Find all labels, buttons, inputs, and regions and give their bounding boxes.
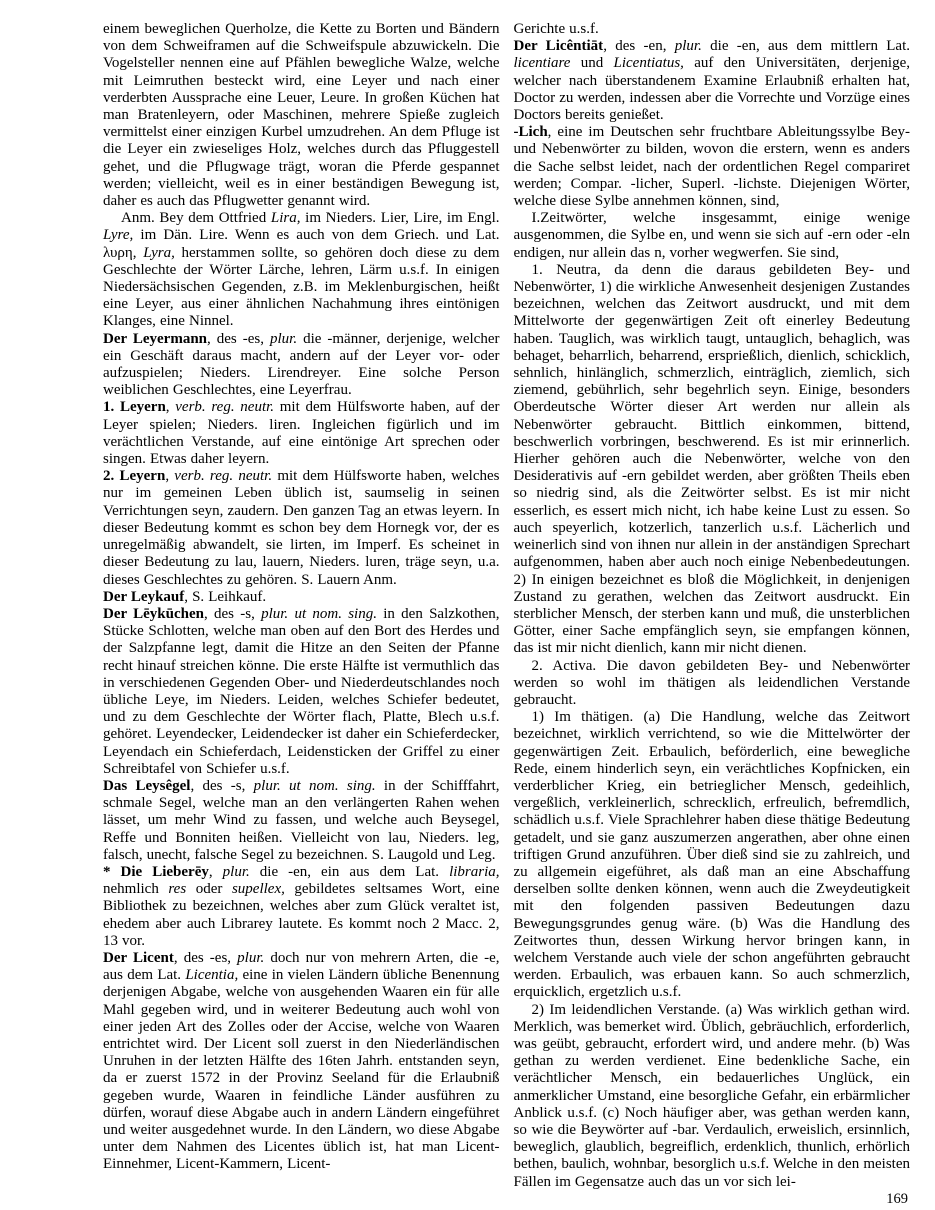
text-run: Licentiatus, xyxy=(614,55,684,71)
text-run: mit dem Hülfsworte haben, welches nur im… xyxy=(103,468,500,587)
text-run: , xyxy=(166,399,175,415)
text-columns: einem beweglichen Querholze, die Kette z… xyxy=(103,21,910,1208)
right-column: Gerichte u.s.f.Der Licêntiāt, des -en, p… xyxy=(514,21,911,1208)
headword: 1. Leyern xyxy=(103,399,166,415)
text-run: 2. Activa. Die davon gebildeten Bey- und… xyxy=(514,658,911,708)
paragraph: 1) Im thätigen. (a) Die Handlung, welche… xyxy=(514,709,911,1001)
text-run: nehmlich xyxy=(103,881,168,897)
text-run: plur. ut nom. sing. xyxy=(254,778,376,794)
paragraph: Der Licêntiāt, des -en, plur. die -en, a… xyxy=(514,38,911,124)
text-run: , xyxy=(165,468,174,484)
text-run: , des -s, xyxy=(190,778,253,794)
dictionary-page: einem beweglichen Querholze, die Kette z… xyxy=(103,21,910,1208)
text-run: oder xyxy=(186,881,232,897)
text-run: verb. reg. neutr. xyxy=(174,468,272,484)
text-run: plur. xyxy=(223,864,250,880)
right-column-text: Gerichte u.s.f.Der Licêntiāt, des -en, p… xyxy=(514,21,911,1191)
paragraph: einem beweglichen Querholze, die Kette z… xyxy=(103,21,500,210)
paragraph: Anm. Bey dem Ottfried Lira, im Nieders. … xyxy=(103,210,500,330)
paragraph: 2) Im leidendlichen Verstande. (a) Was w… xyxy=(514,1002,911,1191)
headword: 2. Leyern xyxy=(103,468,165,484)
text-run: supellex, xyxy=(232,881,285,897)
text-run: licentiare xyxy=(514,55,571,71)
paragraph: -Lich, eine im Deutschen sehr fruchtbare… xyxy=(514,124,911,210)
text-run: , eine im Deutschen sehr fruchtbare Able… xyxy=(514,124,911,209)
text-run: , des -en, xyxy=(603,38,675,54)
paragraph: * Die Lieberēy, plur. die -en, ein aus d… xyxy=(103,864,500,950)
headword: * Die Lieberēy xyxy=(103,864,209,880)
text-run: Anm. Bey dem Ottfried xyxy=(121,210,271,226)
paragraph: Der Leyermann, des -es, plur. die -männe… xyxy=(103,331,500,400)
text-run: 1) Im thätigen. (a) Die Handlung, welche… xyxy=(514,709,911,1000)
paragraph: 1. Leyern, verb. reg. neutr. mit dem Hül… xyxy=(103,399,500,468)
text-run: Gerichte u.s.f. xyxy=(514,21,599,37)
text-run: plur. xyxy=(237,950,264,966)
text-run: die -en, ein aus dem Lat. xyxy=(250,864,449,880)
text-run: verb. reg. neutr. xyxy=(175,399,274,415)
text-run: , des -es, xyxy=(207,331,270,347)
text-run: , xyxy=(209,864,223,880)
text-run: die -en, aus dem mittlern Lat. xyxy=(702,38,910,54)
paragraph: Der Lēykūchen, des -s, plur. ut nom. sin… xyxy=(103,606,500,778)
text-run: , des -es, xyxy=(174,950,237,966)
text-run: plur. xyxy=(270,331,297,347)
left-column: einem beweglichen Querholze, die Kette z… xyxy=(103,21,500,1208)
text-run: , S. Leihkauf. xyxy=(184,589,266,605)
text-run: I.Zeitwörter, welche insgesammt, einige … xyxy=(514,210,911,260)
page-number: 169 xyxy=(514,1191,911,1208)
text-run: plur. xyxy=(675,38,702,54)
headword: Der Lēykūchen xyxy=(103,606,204,622)
paragraph: 1. Neutra, da denn die daraus gebildeten… xyxy=(514,262,911,658)
paragraph: Gerichte u.s.f. xyxy=(514,21,911,38)
headword: Der Leyermann xyxy=(103,331,207,347)
headword: Der Licêntiāt xyxy=(514,38,604,54)
text-run: 1. Neutra, da denn die daraus gebildeten… xyxy=(514,262,911,656)
text-run: im Nieders. Lier, Lire, im Engl. xyxy=(301,210,500,226)
text-run: libraria, xyxy=(449,864,499,880)
paragraph: Das Leysêgel, des -s, plur. ut nom. sing… xyxy=(103,778,500,864)
paragraph: 2. Activa. Die davon gebildeten Bey- und… xyxy=(514,658,911,710)
headword: Das Leysêgel xyxy=(103,778,190,794)
text-run: Lyra, xyxy=(143,245,175,261)
text-run: plur. ut nom. sing. xyxy=(261,606,377,622)
text-run: und xyxy=(570,55,613,71)
text-run: Licentia, xyxy=(185,967,238,983)
text-run: res xyxy=(168,881,186,897)
paragraph: Der Licent, des -es, plur. doch nur von … xyxy=(103,950,500,1174)
text-run: in den Salzkothen, Stücke Schlotten, wel… xyxy=(103,606,500,777)
paragraph: Der Leykauf, S. Leihkauf. xyxy=(103,589,500,606)
text-run: Lira, xyxy=(271,210,301,226)
headword: Der Leykauf xyxy=(103,589,184,605)
paragraph: 2. Leyern, verb. reg. neutr. mit dem Hül… xyxy=(103,468,500,588)
headword: Der Licent xyxy=(103,950,174,966)
text-run: Lyre, xyxy=(103,227,133,243)
headword: -Lich xyxy=(514,124,548,140)
text-run: , des -s, xyxy=(204,606,261,622)
text-run: eine in vielen Ländern übliche Benennung… xyxy=(103,967,500,1172)
text-run: einem beweglichen Querholze, die Kette z… xyxy=(103,21,500,209)
paragraph: I.Zeitwörter, welche insgesammt, einige … xyxy=(514,210,911,262)
text-run: 2) Im leidendlichen Verstande. (a) Was w… xyxy=(514,1002,911,1190)
